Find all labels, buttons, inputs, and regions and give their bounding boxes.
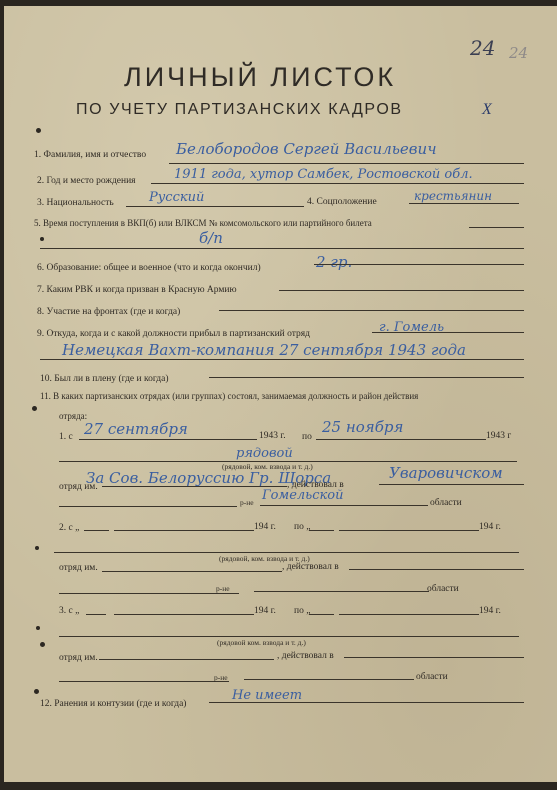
entry-2-num: 2. с „ [59,523,79,533]
entry-3-operated-prefix: , действовал в [277,651,334,661]
entry-2-region-line [254,591,429,592]
field-4-value[interactable]: крестьянин [414,189,492,203]
entry-2-from-line-b [114,530,254,531]
entry-2-position-line [54,552,519,553]
punch-hole [36,128,41,133]
entry-2-from-line-a [84,530,109,531]
punch-hole [34,689,39,694]
entry-3-unit-line [99,659,274,660]
entry-1-to-year: 1943 г [486,431,511,441]
entry-3-district-line [344,657,524,658]
field-5-label: 5. Время поступления в ВКП(б) или ВЛКСМ … [34,218,372,228]
field-8-label: 8. Участие на фронтах (где и когда) [37,307,180,317]
field-10-line [209,377,524,378]
field-2-line [151,183,524,184]
field-7-label: 7. Каким РВК и когда призван в Красную А… [37,285,237,295]
field-1-value[interactable]: Белобородов Сергей Васильевич [176,140,437,158]
entry-1-unit-line [102,486,287,487]
entry-1-region-line [260,505,428,506]
entry-2-unit-line [102,571,282,572]
field-10-label: 10. Был ли в плену (где и когда) [40,374,169,384]
field-9-line-a [372,332,524,333]
entry-1-to-line [316,439,486,440]
entry-2-district-line [349,569,524,570]
field-4-label: 4. Соцположение [307,197,377,207]
entry-2-operated-prefix: , действовал в [282,562,339,572]
entry-3-position-line [59,636,519,637]
field-9-value-line2[interactable]: Немецкая Вахт-компания 27 сентября 1943 … [62,341,466,359]
page-subtitle: ПО УЧЕТУ ПАРТИЗАНСКИХ КАДРОВ [76,101,403,119]
entry-3-region-line [244,679,414,680]
field-3-line [126,206,304,207]
entry-1-district-line-b [59,506,237,507]
field-12-label: 12. Ранения и контузии (где и когда) [40,699,186,709]
field-5-line-a [469,227,524,228]
field-2-value[interactable]: 1911 года, хутор Самбек, Ростовской обл. [174,167,473,182]
field-9-line-b [40,359,524,360]
field-5-value[interactable]: б/п [199,229,223,247]
field-3-value[interactable]: Русский [149,190,204,205]
entry-1-district-line [379,484,524,485]
entry-1-from-line [79,439,257,440]
field-9-label: 9. Откуда, когда и с какой должности при… [37,329,310,339]
entry-2-from-year: 194 г. [254,522,276,532]
entry-1-to[interactable]: 25 ноября [322,418,403,436]
entry-3-to-prefix: по „ [294,606,310,616]
field-1-line [169,163,524,164]
entry-2-to-line-a [309,530,334,531]
entry-3-unit-prefix: отряд им. [59,653,98,663]
entry-2-to-year: 194 г. [479,522,501,532]
page-number: 24 [470,36,495,60]
field-11-label: 11. В каких партизанских отрядах (или гр… [40,391,418,401]
field-8-line [219,310,524,311]
personal-record-sheet: 24 24 ЛИЧНЫЙ ЛИСТОК ПО УЧЕТУ ПАРТИЗАНСКИ… [4,6,557,782]
field-4-line [409,203,519,204]
punch-hole [32,406,37,411]
field-11-label-cont: отряда: [59,411,87,421]
entry-1-from[interactable]: 27 сентября [84,420,188,438]
entry-1-num: 1. с [59,432,73,442]
entry-3-district-line-b [59,681,229,682]
field-12-value[interactable]: Не имеет [232,688,302,703]
entry-2-to-prefix: по „ [294,522,310,532]
punch-hole [40,642,45,647]
entry-3-to-line-a [309,614,334,615]
entry-2-region-suffix: области [427,584,459,594]
entry-3-region-suffix: области [416,672,448,682]
entry-1-position[interactable]: рядовой [236,446,293,461]
entry-1-district[interactable]: Уваровичском [389,464,503,482]
punch-hole [40,237,44,241]
field-2-label: 2. Год и место рождения [37,176,136,186]
punch-hole [35,546,39,550]
field-12-line [209,702,524,703]
field-7-line [279,290,524,291]
entry-3-to-line-b [339,614,479,615]
page-title: ЛИЧНЫЙ ЛИСТОК [124,62,396,93]
entry-3-district-suffix: р-не [214,673,228,682]
entry-3-from-line-b [114,614,254,615]
entry-1-region[interactable]: Гомельской [262,488,344,503]
field-1-label: 1. Фамилия, имя и отчество [34,150,146,160]
entry-3-num: 3. с „ [59,606,79,616]
punch-hole [36,626,40,630]
page-number-faint: 24 [509,44,528,62]
subtitle-mark: X [482,101,492,119]
entry-3-from-line-a [86,614,106,615]
field-6-label: 6. Образование: общее и военное (что и к… [37,263,261,273]
entry-2-unit-prefix: отряд им. [59,563,98,573]
field-6-line [314,264,524,265]
entry-1-from-year: 1943 г. [259,431,286,441]
entry-3-from-year: 194 г. [254,606,276,616]
entry-2-to-line-b [339,530,479,531]
entry-1-district-suffix: р-не [240,498,254,507]
field-3-label: 3. Национальность [37,198,114,208]
field-5-line-b [40,248,524,249]
field-6-value[interactable]: 2 гр. [316,253,352,271]
entry-1-to-prefix: по [302,432,312,442]
entry-3-position-hint: (рядовой ком. взвода и т. д.) [217,638,306,647]
entry-2-district-line-b [59,593,239,594]
entry-3-to-year: 194 г. [479,606,501,616]
entry-2-district-suffix: р-не [216,584,230,593]
entry-1-region-suffix: области [430,498,462,508]
